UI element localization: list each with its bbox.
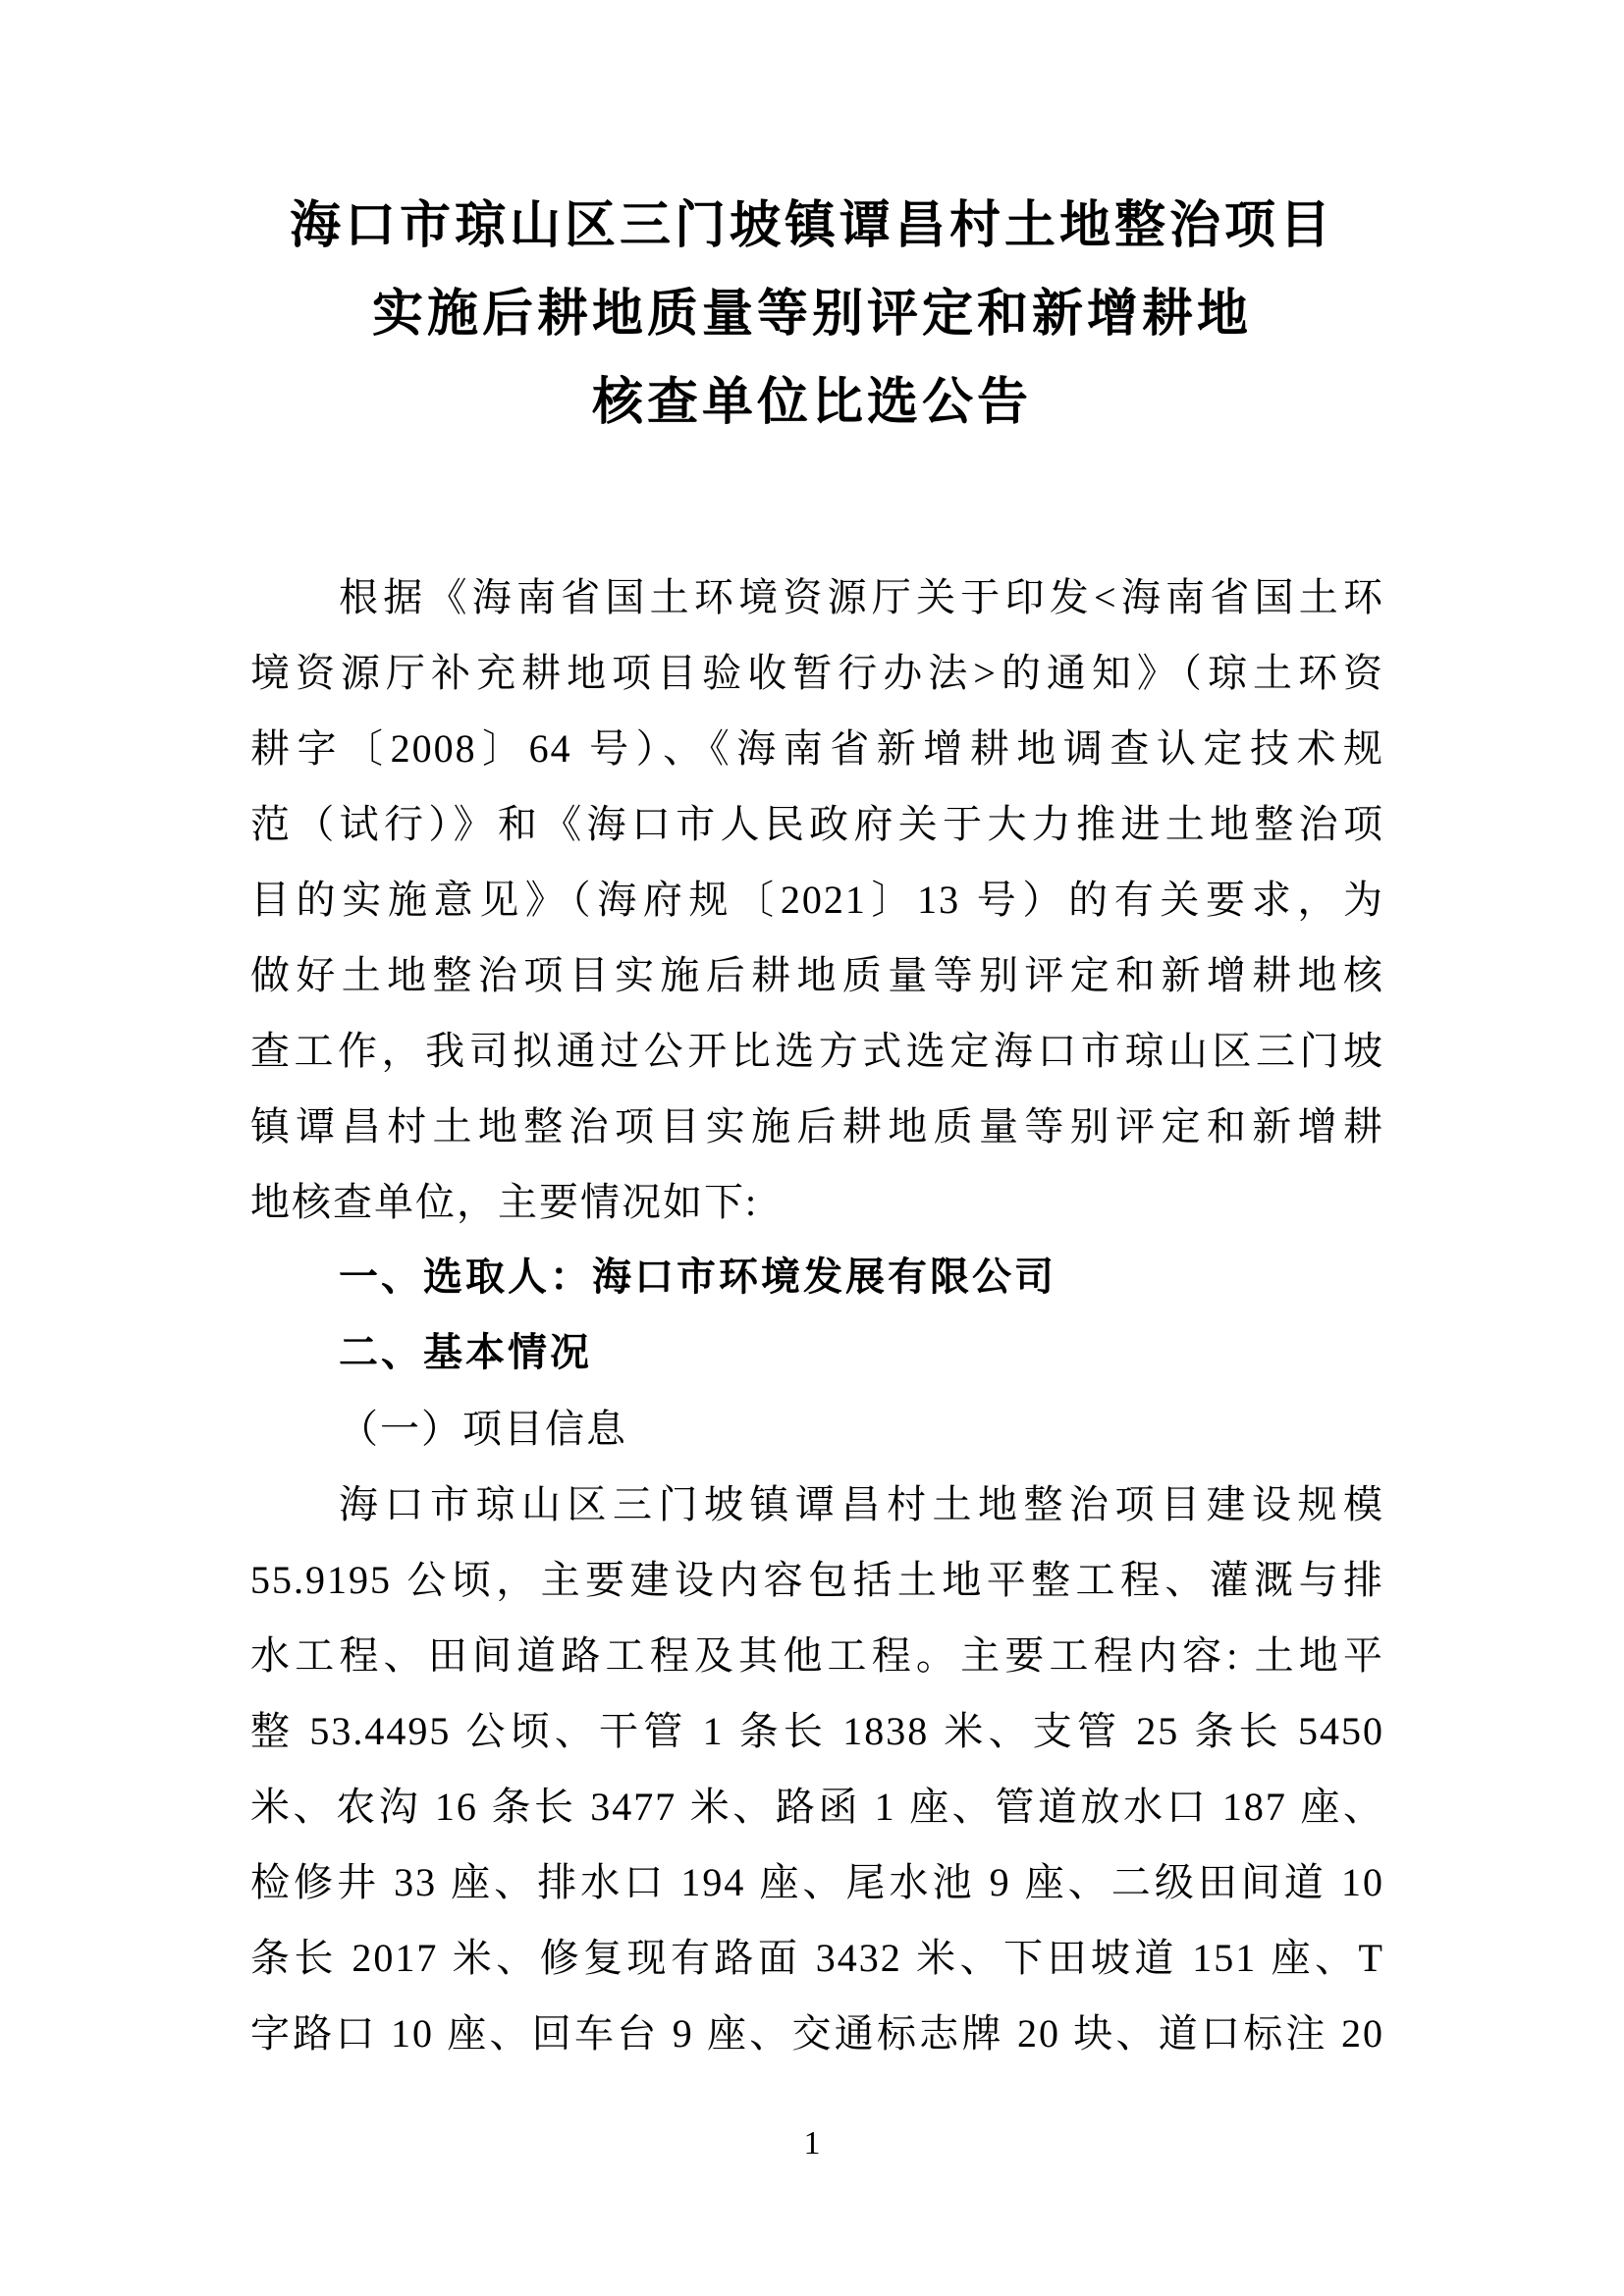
body-heading-selector: 一、选取人：海口市环境发展有限公司 — [250, 1240, 1384, 1315]
body-line: 境资源厅补充耕地项目验收暂行办法>的通知》（琼土环资 — [250, 635, 1384, 711]
document-body: 根据《海南省国土环境资源厅关于印发<海南省国土环 境资源厅补充耕地项目验收暂行办… — [0, 560, 1624, 2071]
body-line: 耕字〔2008〕64 号）、《海南省新增耕地调查认定技术规 — [250, 711, 1384, 786]
body-line: 水工程、田间道路工程及其他工程。主要工程内容: 土地平 — [250, 1618, 1384, 1693]
body-line: 检修井 33 座、排水口 194 座、尾水池 9 座、二级田间道 10 — [250, 1844, 1384, 1920]
body-line: 米、农沟 16 条长 3477 米、路函 1 座、管道放水口 187 座、 — [250, 1769, 1384, 1844]
body-line: 根据《海南省国土环境资源厅关于印发<海南省国土环 — [250, 560, 1384, 635]
body-line: 字路口 10 座、回车台 9 座、交通标志牌 20 块、道口标注 20 — [250, 1996, 1384, 2071]
body-line: 查工作，我司拟通过公开比选方式选定海口市琼山区三门坡 — [250, 1013, 1384, 1089]
title-line-1: 海口市琼山区三门坡镇谭昌村土地整治项目 — [0, 183, 1624, 271]
body-subheading-project-info: （一）项目信息 — [250, 1391, 1384, 1467]
body-line: 整 53.4495 公顷、干管 1 条长 1838 米、支管 25 条长 545… — [250, 1693, 1384, 1769]
body-line: 55.9195 公顷，主要建设内容包括土地平整工程、灌溉与排 — [250, 1542, 1384, 1618]
body-line: 目的实施意见》（海府规〔2021〕13 号）的有关要求，为 — [250, 862, 1384, 937]
body-line: 范（试行）》和《海口市人民政府关于大力推进土地整治项 — [250, 786, 1384, 862]
title-line-2: 实施后耕地质量等别评定和新增耕地 — [0, 271, 1624, 359]
body-line: 地核查单位，主要情况如下: — [250, 1164, 1384, 1240]
document-title: 海口市琼山区三门坡镇谭昌村土地整治项目 实施后耕地质量等别评定和新增耕地 核查单… — [0, 0, 1624, 448]
page-number: 1 — [0, 2122, 1624, 2165]
document-page: 海口市琼山区三门坡镇谭昌村土地整治项目 实施后耕地质量等别评定和新增耕地 核查单… — [0, 0, 1624, 2296]
body-line: 镇谭昌村土地整治项目实施后耕地质量等别评定和新增耕 — [250, 1089, 1384, 1164]
body-line: 海口市琼山区三门坡镇谭昌村土地整治项目建设规模 — [250, 1467, 1384, 1542]
body-heading-basic-info: 二、基本情况 — [250, 1315, 1384, 1391]
body-line: 做好土地整治项目实施后耕地质量等别评定和新增耕地核 — [250, 937, 1384, 1013]
body-line: 条长 2017 米、修复现有路面 3432 米、下田坡道 151 座、T — [250, 1920, 1384, 1996]
title-line-3: 核查单位比选公告 — [0, 359, 1624, 448]
